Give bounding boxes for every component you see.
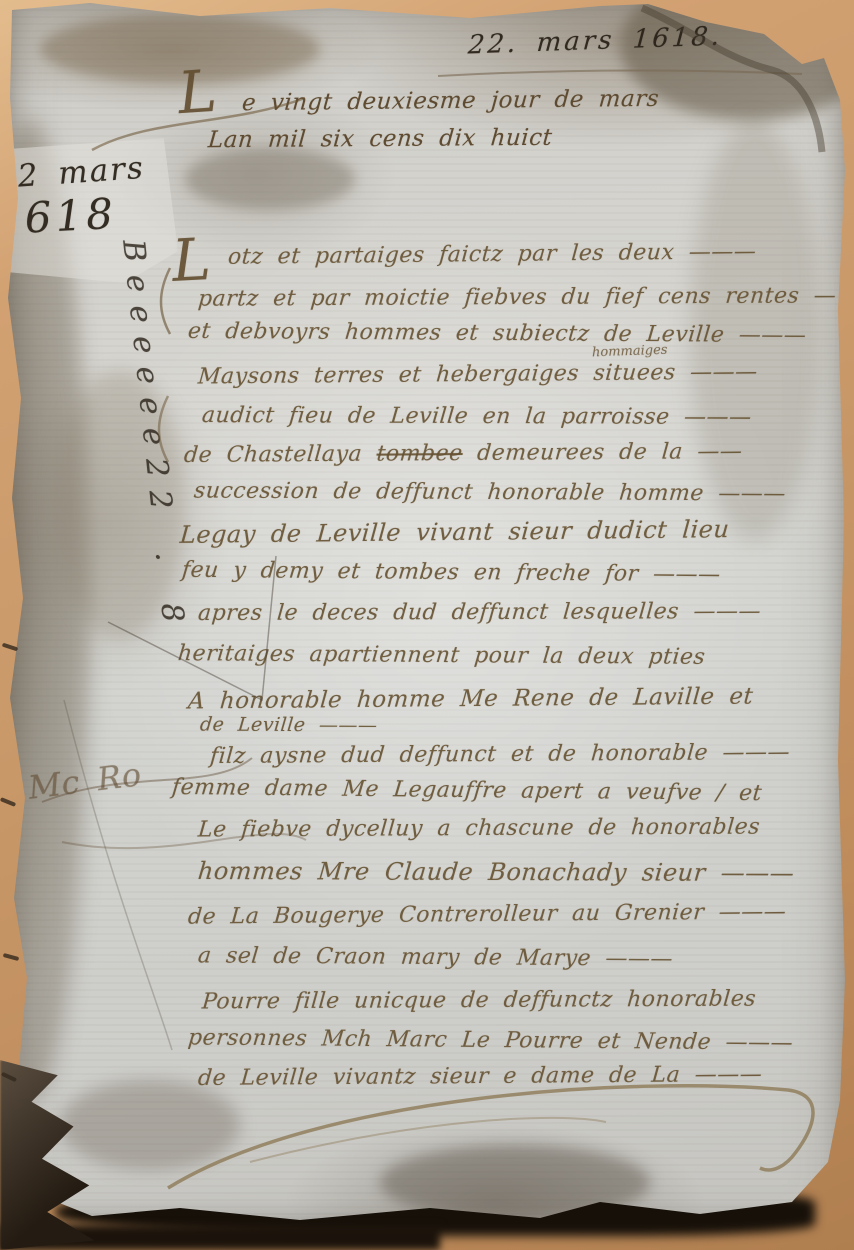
body-initial: L [170,225,213,295]
heading-initial: L [176,57,220,128]
stain [60,1080,240,1170]
manuscript-line: de La Bougerye Contrerolleur au Grenier … [187,899,787,929]
margin-date-line2: 1618 [0,189,118,244]
manuscript-line: partz et par moictie fiebves du fief cen… [197,283,837,311]
heading-line-1: e vingt deuxiesme jour de mars [241,86,660,116]
top-right-date: 22. mars 1618. [467,22,723,61]
struck-line-suffix: demeurees de la —— [462,439,744,466]
manuscript-line: de Leville ——— [199,714,379,737]
manuscript-line: Legay de Leville vivant sieur dudict lie… [179,515,731,549]
paper-crease [64,700,172,1050]
manuscript-page: 22. mars 1618. 22 mars 1618 Beeeeee22 . … [0,0,854,1250]
manuscript-line: otz et partaiges faictz par les deux ——— [227,239,757,270]
manuscript-line: audict fieu de Leville en la parroisse —… [201,403,753,430]
margin-signature: Mc Ro [26,755,144,807]
end-flourish [168,1086,813,1188]
manuscript-line: heritaiges apartiennent pour la deux pti… [177,641,707,670]
heading-line-2: Lan mil six cens dix huict [207,125,553,153]
manuscript-line: succession de deffunct honorable homme —… [193,478,787,506]
binding-stitch [3,953,19,961]
manuscript-line: femme dame Me Legauffre apert a veufve /… [171,775,763,806]
stain [185,148,355,210]
binding-stitch [0,797,16,807]
manuscript-line: a sel de Craon mary de Marye ——— [197,943,674,971]
manuscript-line: Le fiebve dycelluy a chascune de honorab… [197,815,761,843]
manuscript-line: et debvoyrs hommes et subiectz de Levill… [187,319,808,348]
manuscript-line: hommes Mre Claude Bonachady sieur ——— [197,857,796,887]
strikethrough-word: tombee [376,441,464,467]
manuscript-line: Pourre fille unicque de deffunctz honora… [201,987,757,1015]
end-flourish-inner [250,1118,606,1162]
manuscript-line-struck: de Chastellaya tombee demeurees de la —— [183,439,743,468]
manuscript-line: apres le deces dud deffunct lesquelles —… [197,599,762,626]
margin-bracket-stroke [161,268,170,334]
struck-line-prefix: de Chastellaya [183,442,378,468]
manuscript-line: de Leville vivantz sieur e dame de La ——… [197,1062,763,1091]
margin-paraph: Beeeeee22 . 8 [115,238,191,637]
manuscript-line: personnes Mch Marc Le Pourre et Nende ——… [187,1025,795,1055]
binding-stitch [2,643,18,652]
manuscript-line: Maysons terres et hebergaiges situees ——… [197,360,759,390]
date-underline-stroke [438,70,802,76]
manuscript-line: A honorable homme Me Rene de Laville et [187,684,754,715]
manuscript-line: filz aysne dud deffunct et de honorable … [209,740,791,769]
photo-backdrop: 22. mars 1618. 22 mars 1618 Beeeeee22 . … [0,0,854,1250]
manuscript-line: feu y demy et tombes en freche for ——— [181,558,722,588]
